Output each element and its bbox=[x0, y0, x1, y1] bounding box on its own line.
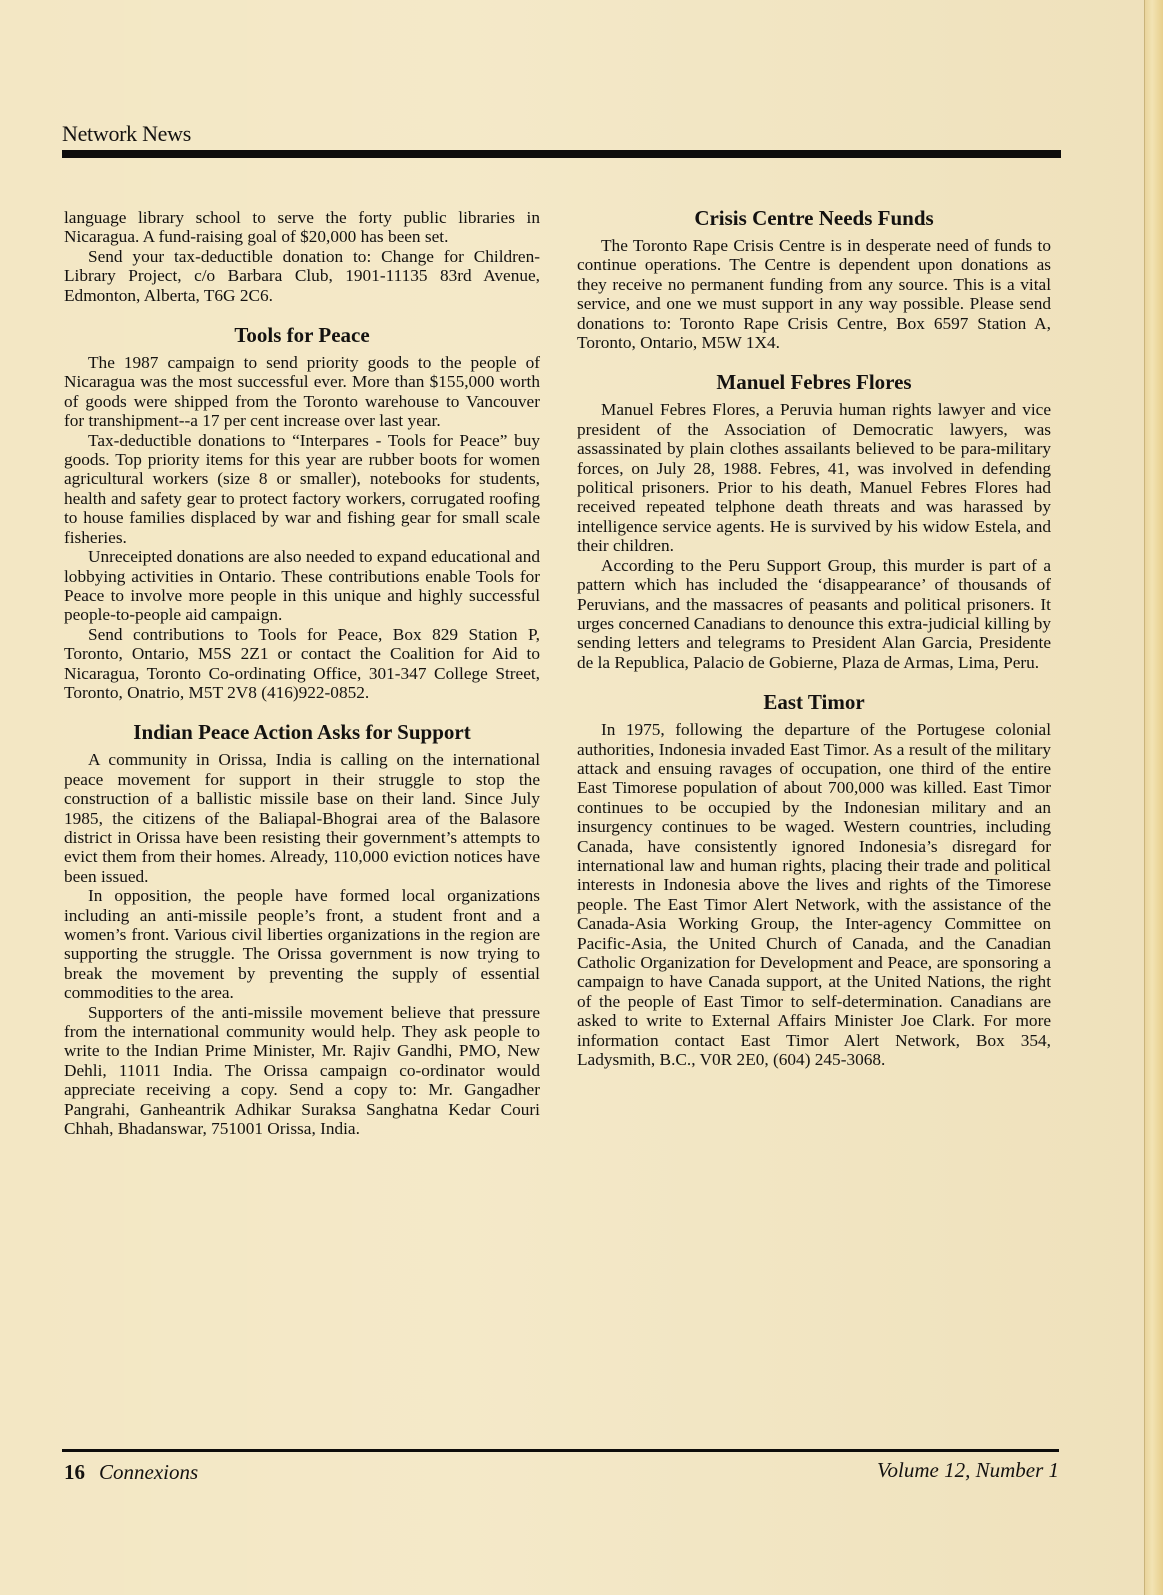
paragraph: Send your tax-deductible donation to: Ch… bbox=[64, 247, 540, 305]
paragraph: Unreceipted donations are also needed to… bbox=[64, 547, 540, 625]
left-column: language library school to serve the for… bbox=[64, 208, 540, 1138]
page-number: 16 bbox=[64, 1460, 85, 1484]
footer-left: 16Connexions bbox=[64, 1460, 198, 1485]
paragraph: In opposition, the people have formed lo… bbox=[64, 886, 540, 1002]
running-title: Network News bbox=[62, 121, 191, 147]
paragraph: language library school to serve the for… bbox=[64, 208, 540, 247]
article-title: Crisis Centre Needs Funds bbox=[577, 206, 1051, 230]
article-title: Manuel Febres Flores bbox=[577, 370, 1051, 394]
article-indian-peace-action: Indian Peace Action Asks for Support A c… bbox=[64, 720, 540, 1138]
article-continued: language library school to serve the for… bbox=[64, 208, 540, 305]
article-title: Indian Peace Action Asks for Support bbox=[64, 720, 540, 744]
paragraph: A community in Orissa, India is calling … bbox=[64, 750, 540, 886]
article-manuel-febres-flores: Manuel Febres Flores Manuel Febres Flore… bbox=[577, 370, 1051, 672]
paragraph: In 1975, following the departure of the … bbox=[577, 720, 1051, 1069]
publication-name: Connexions bbox=[99, 1460, 198, 1484]
paragraph: Send contributions to Tools for Peace, B… bbox=[64, 625, 540, 703]
paragraph: The 1987 campaign to send priority goods… bbox=[64, 353, 540, 431]
article-title: East Timor bbox=[577, 690, 1051, 714]
article-tools-for-peace: Tools for Peace The 1987 campaign to sen… bbox=[64, 323, 540, 702]
right-column: Crisis Centre Needs Funds The Toronto Ra… bbox=[577, 206, 1051, 1069]
paragraph: Manuel Febres Flores, a Peruvia human ri… bbox=[577, 400, 1051, 555]
paragraph: Supporters of the anti-missile movement … bbox=[64, 1003, 540, 1139]
header-rule bbox=[62, 150, 1061, 158]
article-title: Tools for Peace bbox=[64, 323, 540, 347]
paragraph: According to the Peru Support Group, thi… bbox=[577, 556, 1051, 672]
issue-info: Volume 12, Number 1 bbox=[877, 1458, 1059, 1483]
article-crisis-centre: Crisis Centre Needs Funds The Toronto Ra… bbox=[577, 206, 1051, 352]
footer-rule bbox=[62, 1449, 1059, 1452]
paragraph: Tax-deductible donations to “Interpares … bbox=[64, 431, 540, 547]
page-edge bbox=[1144, 0, 1163, 1595]
article-east-timor: East Timor In 1975, following the depart… bbox=[577, 690, 1051, 1069]
paragraph: The Toronto Rape Crisis Centre is in des… bbox=[577, 236, 1051, 352]
